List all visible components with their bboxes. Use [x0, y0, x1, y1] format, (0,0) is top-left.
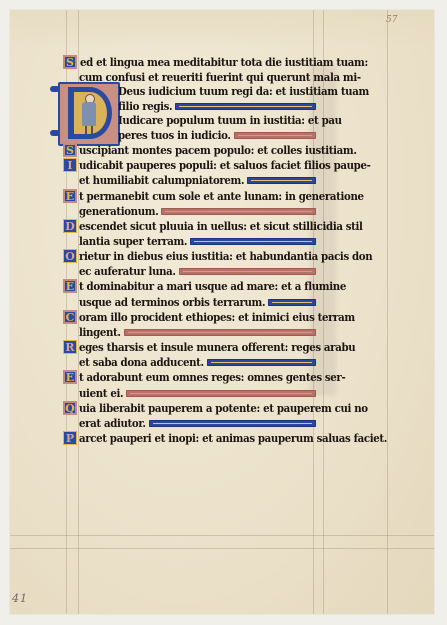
line-text: t permanebit cum sole et ante lunam: in … [79, 190, 364, 203]
text-line: uia liberabit pauperem a potente: et pau… [79, 401, 316, 416]
text-line: udicabit pauperes populi: et saluos faci… [79, 158, 316, 173]
text-line: cum confusi et reueriti fuerint qui quer… [79, 70, 316, 85]
red-line-filler [179, 268, 316, 275]
text-line: t dominabitur a mari usque ad mare: et a… [79, 279, 316, 294]
red-line-filler [161, 208, 316, 215]
line-text: lingent. [79, 326, 121, 339]
line-text: usque ad terminos orbis terrarum. [79, 296, 265, 309]
text-line: lingent. [79, 325, 316, 340]
text-line: rietur in diebus eius iustitia: et habun… [79, 249, 316, 264]
line-text: oram illo procident ethiopes: et inimici… [79, 311, 355, 324]
red-line-filler [124, 329, 316, 336]
line-text: et saba dona adducent. [79, 356, 204, 369]
red-line-filler [234, 132, 316, 139]
line-text: peres tuos in iudicio. [118, 129, 231, 142]
line-text: uscipiant montes pacem populo: et colles… [79, 144, 357, 157]
decorated-initial: E [63, 370, 77, 384]
text-line: filio regis. [118, 99, 316, 114]
decorated-initial: C [63, 310, 77, 324]
text-line: oram illo procident ethiopes: et inimici… [79, 310, 316, 325]
ruling-line [387, 10, 388, 614]
decorated-initial: R [63, 340, 77, 354]
text-line: lantia super terram. [79, 234, 316, 249]
folio-number-top: 57 [386, 15, 397, 25]
line-text: udicabit pauperes populi: et saluos faci… [79, 159, 370, 172]
text-line: uscipiant montes pacem populo: et colles… [79, 143, 316, 158]
decorated-initial: S [63, 143, 77, 157]
red-line-filler [126, 390, 316, 397]
decorated-initial: E [63, 189, 77, 203]
line-text: t adorabunt eum omnes reges: omnes gente… [79, 371, 345, 384]
text-line: t adorabunt eum omnes reges: omnes gente… [79, 370, 316, 385]
text-line: Deus iudicium tuum regi da: et iustitiam… [118, 84, 316, 99]
line-text: Iudicare populum tuum in iustitia: et pa… [118, 114, 342, 127]
line-text: et humiliabit calumpniatorem. [79, 174, 244, 187]
line-text: generationum. [79, 205, 158, 218]
decorated-initial: P [63, 431, 77, 445]
decorated-initial: I [63, 158, 77, 172]
text-line: uient ei. [79, 386, 316, 401]
line-text: uient ei. [79, 387, 123, 400]
text-line: erat adiutor. [79, 416, 316, 431]
line-text: filio regis. [118, 100, 172, 113]
text-line: ec auferatur luna. [79, 264, 316, 279]
line-text: t dominabitur a mari usque ad mare: et a… [79, 280, 346, 293]
blue-line-filler [268, 299, 316, 306]
line-text: ed et lingua mea meditabitur tota die iu… [80, 56, 368, 69]
blue-line-filler [207, 359, 316, 366]
text-line: peres tuos in iudicio. [118, 128, 316, 143]
line-text: Deus iudicium tuum regi da: et iustitiam… [118, 85, 369, 98]
text-line: eges tharsis et insule munera offerent: … [79, 340, 316, 355]
text-line: arcet pauperi et inopi: et animas pauper… [79, 431, 316, 446]
text-line: generationum. [79, 204, 316, 219]
line-text: escendet sicut pluuia in uellus: et sicu… [79, 220, 363, 233]
historiated-initial [58, 82, 120, 146]
decorated-initial: Q [63, 401, 77, 415]
line-text: uia liberabit pauperem a potente: et pau… [79, 402, 368, 415]
decorated-initial: E [63, 279, 77, 293]
line-text: arcet pauperi et inopi: et animas pauper… [79, 432, 387, 445]
decorated-initial: O [63, 249, 77, 263]
tendril-ornament [50, 86, 60, 92]
line-text: ec auferatur luna. [79, 265, 176, 278]
text-line: ed et lingua mea meditabitur tota die iu… [80, 55, 316, 70]
figure-illustration [82, 94, 96, 134]
line-text: erat adiutor. [79, 417, 146, 430]
blue-line-filler [149, 420, 316, 427]
line-text: rietur in diebus eius iustitia: et habun… [79, 250, 372, 263]
text-line: et saba dona adducent. [79, 355, 316, 370]
ruling-line [10, 548, 434, 549]
text-line: et humiliabit calumpniatorem. [79, 173, 316, 188]
ruling-line [10, 535, 434, 536]
line-text: cum confusi et reueriti fuerint qui quer… [79, 71, 361, 84]
blue-line-filler [190, 238, 316, 245]
line-text: lantia super terram. [79, 235, 187, 248]
blue-line-filler [247, 177, 316, 184]
text-line: Iudicare populum tuum in iustitia: et pa… [118, 113, 316, 128]
blue-line-filler [175, 103, 316, 110]
line-text: eges tharsis et insule munera offerent: … [79, 341, 355, 354]
folio-number-bottom: 41 [12, 592, 28, 605]
tendril-ornament [50, 130, 60, 136]
decorated-initial: D [63, 219, 77, 233]
text-line: t permanebit cum sole et ante lunam: in … [79, 189, 316, 204]
decorated-initial: S [63, 55, 77, 69]
text-line: usque ad terminos orbis terrarum. [79, 295, 316, 310]
text-line: escendet sicut pluuia in uellus: et sicu… [79, 219, 316, 234]
